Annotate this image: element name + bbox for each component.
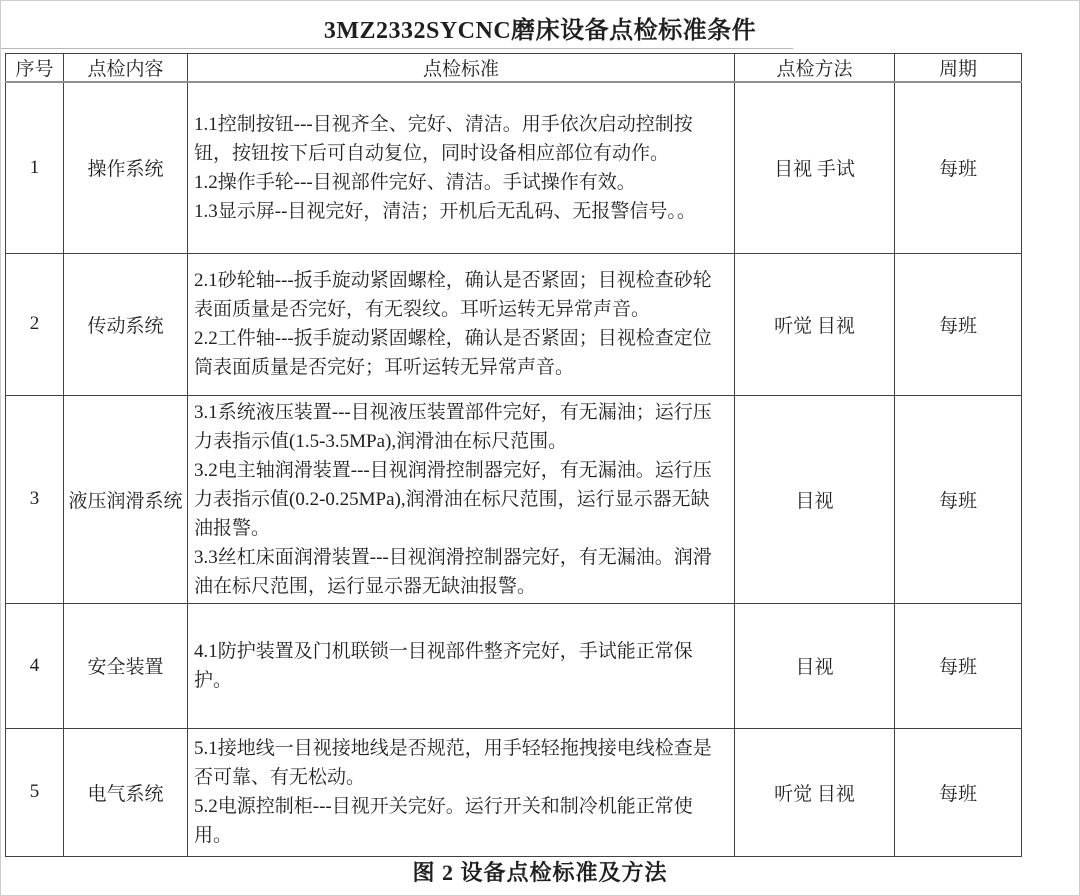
inspection-table: 序号 点检内容 点检标准 点检方法 周期 1 操作系统 1.1控制按钮---目视… xyxy=(5,53,1022,857)
document-title: 3MZ2332SYCNC磨床设备点检标准条件 xyxy=(1,10,1079,45)
cell-inspection-content: 安全装置 xyxy=(64,603,188,728)
standard-item: 1.1控制按钮---目视齐全、完好、清洁。用手依次启动控制按钮，按钮按下后可自动… xyxy=(194,110,726,168)
cell-cycle: 每班 xyxy=(895,395,1022,603)
cell-inspection-standard: 2.1砂轮轴---扳手旋动紧固螺栓，确认是否紧固；目视检查砂轮表面质量是否完好，… xyxy=(188,253,735,395)
table-row: 4 安全装置 4.1防护装置及门机联锁一目视部件整齐完好，手试能正常保护。 目视… xyxy=(6,603,1022,728)
header-cycle: 周期 xyxy=(895,54,1022,83)
cell-inspection-standard: 3.1系统液压装置---目视液压装置部件完好，有无漏油；运行压力表指示值(1.5… xyxy=(188,395,735,603)
top-rule-line xyxy=(1,48,793,49)
cell-inspection-method: 目视 xyxy=(735,395,895,603)
cell-seq-no: 4 xyxy=(6,603,64,728)
header-seq-no: 序号 xyxy=(6,54,64,83)
table-header-row: 序号 点检内容 点检标准 点检方法 周期 xyxy=(6,54,1022,83)
cell-inspection-method: 听觉 目视 xyxy=(735,728,895,856)
standard-item: 1.3显示屏--目视完好，清洁；开机后无乱码、无报警信号。。 xyxy=(194,197,726,226)
standard-item: 5.2电源控制柜---目视开关完好。运行开关和制冷机能正常使用。 xyxy=(194,792,726,850)
table-row: 1 操作系统 1.1控制按钮---目视齐全、完好、清洁。用手依次启动控制按钮，按… xyxy=(6,82,1022,253)
cell-cycle: 每班 xyxy=(895,728,1022,856)
standard-item: 1.2操作手轮---目视部件完好、清洁。手试操作有效。 xyxy=(194,168,726,197)
table-row: 3 液压润滑系统 3.1系统液压装置---目视液压装置部件完好，有无漏油；运行压… xyxy=(6,395,1022,603)
cell-inspection-method: 目视 xyxy=(735,603,895,728)
cell-cycle: 每班 xyxy=(895,82,1022,253)
standard-item: 4.1防护装置及门机联锁一目视部件整齐完好，手试能正常保护。 xyxy=(194,637,726,695)
cell-inspection-method: 目视 手试 xyxy=(735,82,895,253)
standard-item: 3.2电主轴润滑装置---目视润滑控制器完好，有无漏油。运行压力表指示值(0.2… xyxy=(194,456,726,543)
header-inspection-method: 点检方法 xyxy=(735,54,895,83)
standard-item: 5.1接地线一目视接地线是否规范，用手轻轻拖拽接电线检查是否可靠、有无松动。 xyxy=(194,734,726,792)
cell-cycle: 每班 xyxy=(895,253,1022,395)
table-row: 5 电气系统 5.1接地线一目视接地线是否规范，用手轻轻拖拽接电线检查是否可靠、… xyxy=(6,728,1022,856)
standard-item: 2.1砂轮轴---扳手旋动紧固螺栓，确认是否紧固；目视检查砂轮表面质量是否完好，… xyxy=(194,266,726,324)
standard-item: 3.1系统液压装置---目视液压装置部件完好，有无漏油；运行压力表指示值(1.5… xyxy=(194,398,726,456)
header-inspection-standard: 点检标准 xyxy=(188,54,735,83)
standard-item: 2.2工件轴---扳手旋动紧固螺栓，确认是否紧固；目视检查定位筒表面质量是否完好… xyxy=(194,324,726,382)
cell-inspection-standard: 1.1控制按钮---目视齐全、完好、清洁。用手依次启动控制按钮，按钮按下后可自动… xyxy=(188,82,735,253)
header-inspection-content: 点检内容 xyxy=(64,54,188,83)
cell-inspection-content: 液压润滑系统 xyxy=(64,395,188,603)
cell-inspection-method: 听觉 目视 xyxy=(735,253,895,395)
figure-caption: 图 2 设备点检标准及方法 xyxy=(1,856,1079,887)
cell-seq-no: 2 xyxy=(6,253,64,395)
cell-seq-no: 3 xyxy=(6,395,64,603)
cell-seq-no: 1 xyxy=(6,82,64,253)
standard-item: 3.3丝杠床面润滑装置---目视润滑控制器完好，有无漏油。润滑油在标尺范围，运行… xyxy=(194,543,726,601)
cell-inspection-content: 操作系统 xyxy=(64,82,188,253)
table-row: 2 传动系统 2.1砂轮轴---扳手旋动紧固螺栓，确认是否紧固；目视检查砂轮表面… xyxy=(6,253,1022,395)
cell-cycle: 每班 xyxy=(895,603,1022,728)
cell-inspection-standard: 4.1防护装置及门机联锁一目视部件整齐完好，手试能正常保护。 xyxy=(188,603,735,728)
document-page: 3MZ2332SYCNC磨床设备点检标准条件 序号 点检内容 点检标准 点检方法… xyxy=(0,0,1080,896)
cell-inspection-content: 传动系统 xyxy=(64,253,188,395)
cell-inspection-standard: 5.1接地线一目视接地线是否规范，用手轻轻拖拽接电线检查是否可靠、有无松动。5.… xyxy=(188,728,735,856)
table-body: 1 操作系统 1.1控制按钮---目视齐全、完好、清洁。用手依次启动控制按钮，按… xyxy=(6,82,1022,856)
cell-inspection-content: 电气系统 xyxy=(64,728,188,856)
cell-seq-no: 5 xyxy=(6,728,64,856)
